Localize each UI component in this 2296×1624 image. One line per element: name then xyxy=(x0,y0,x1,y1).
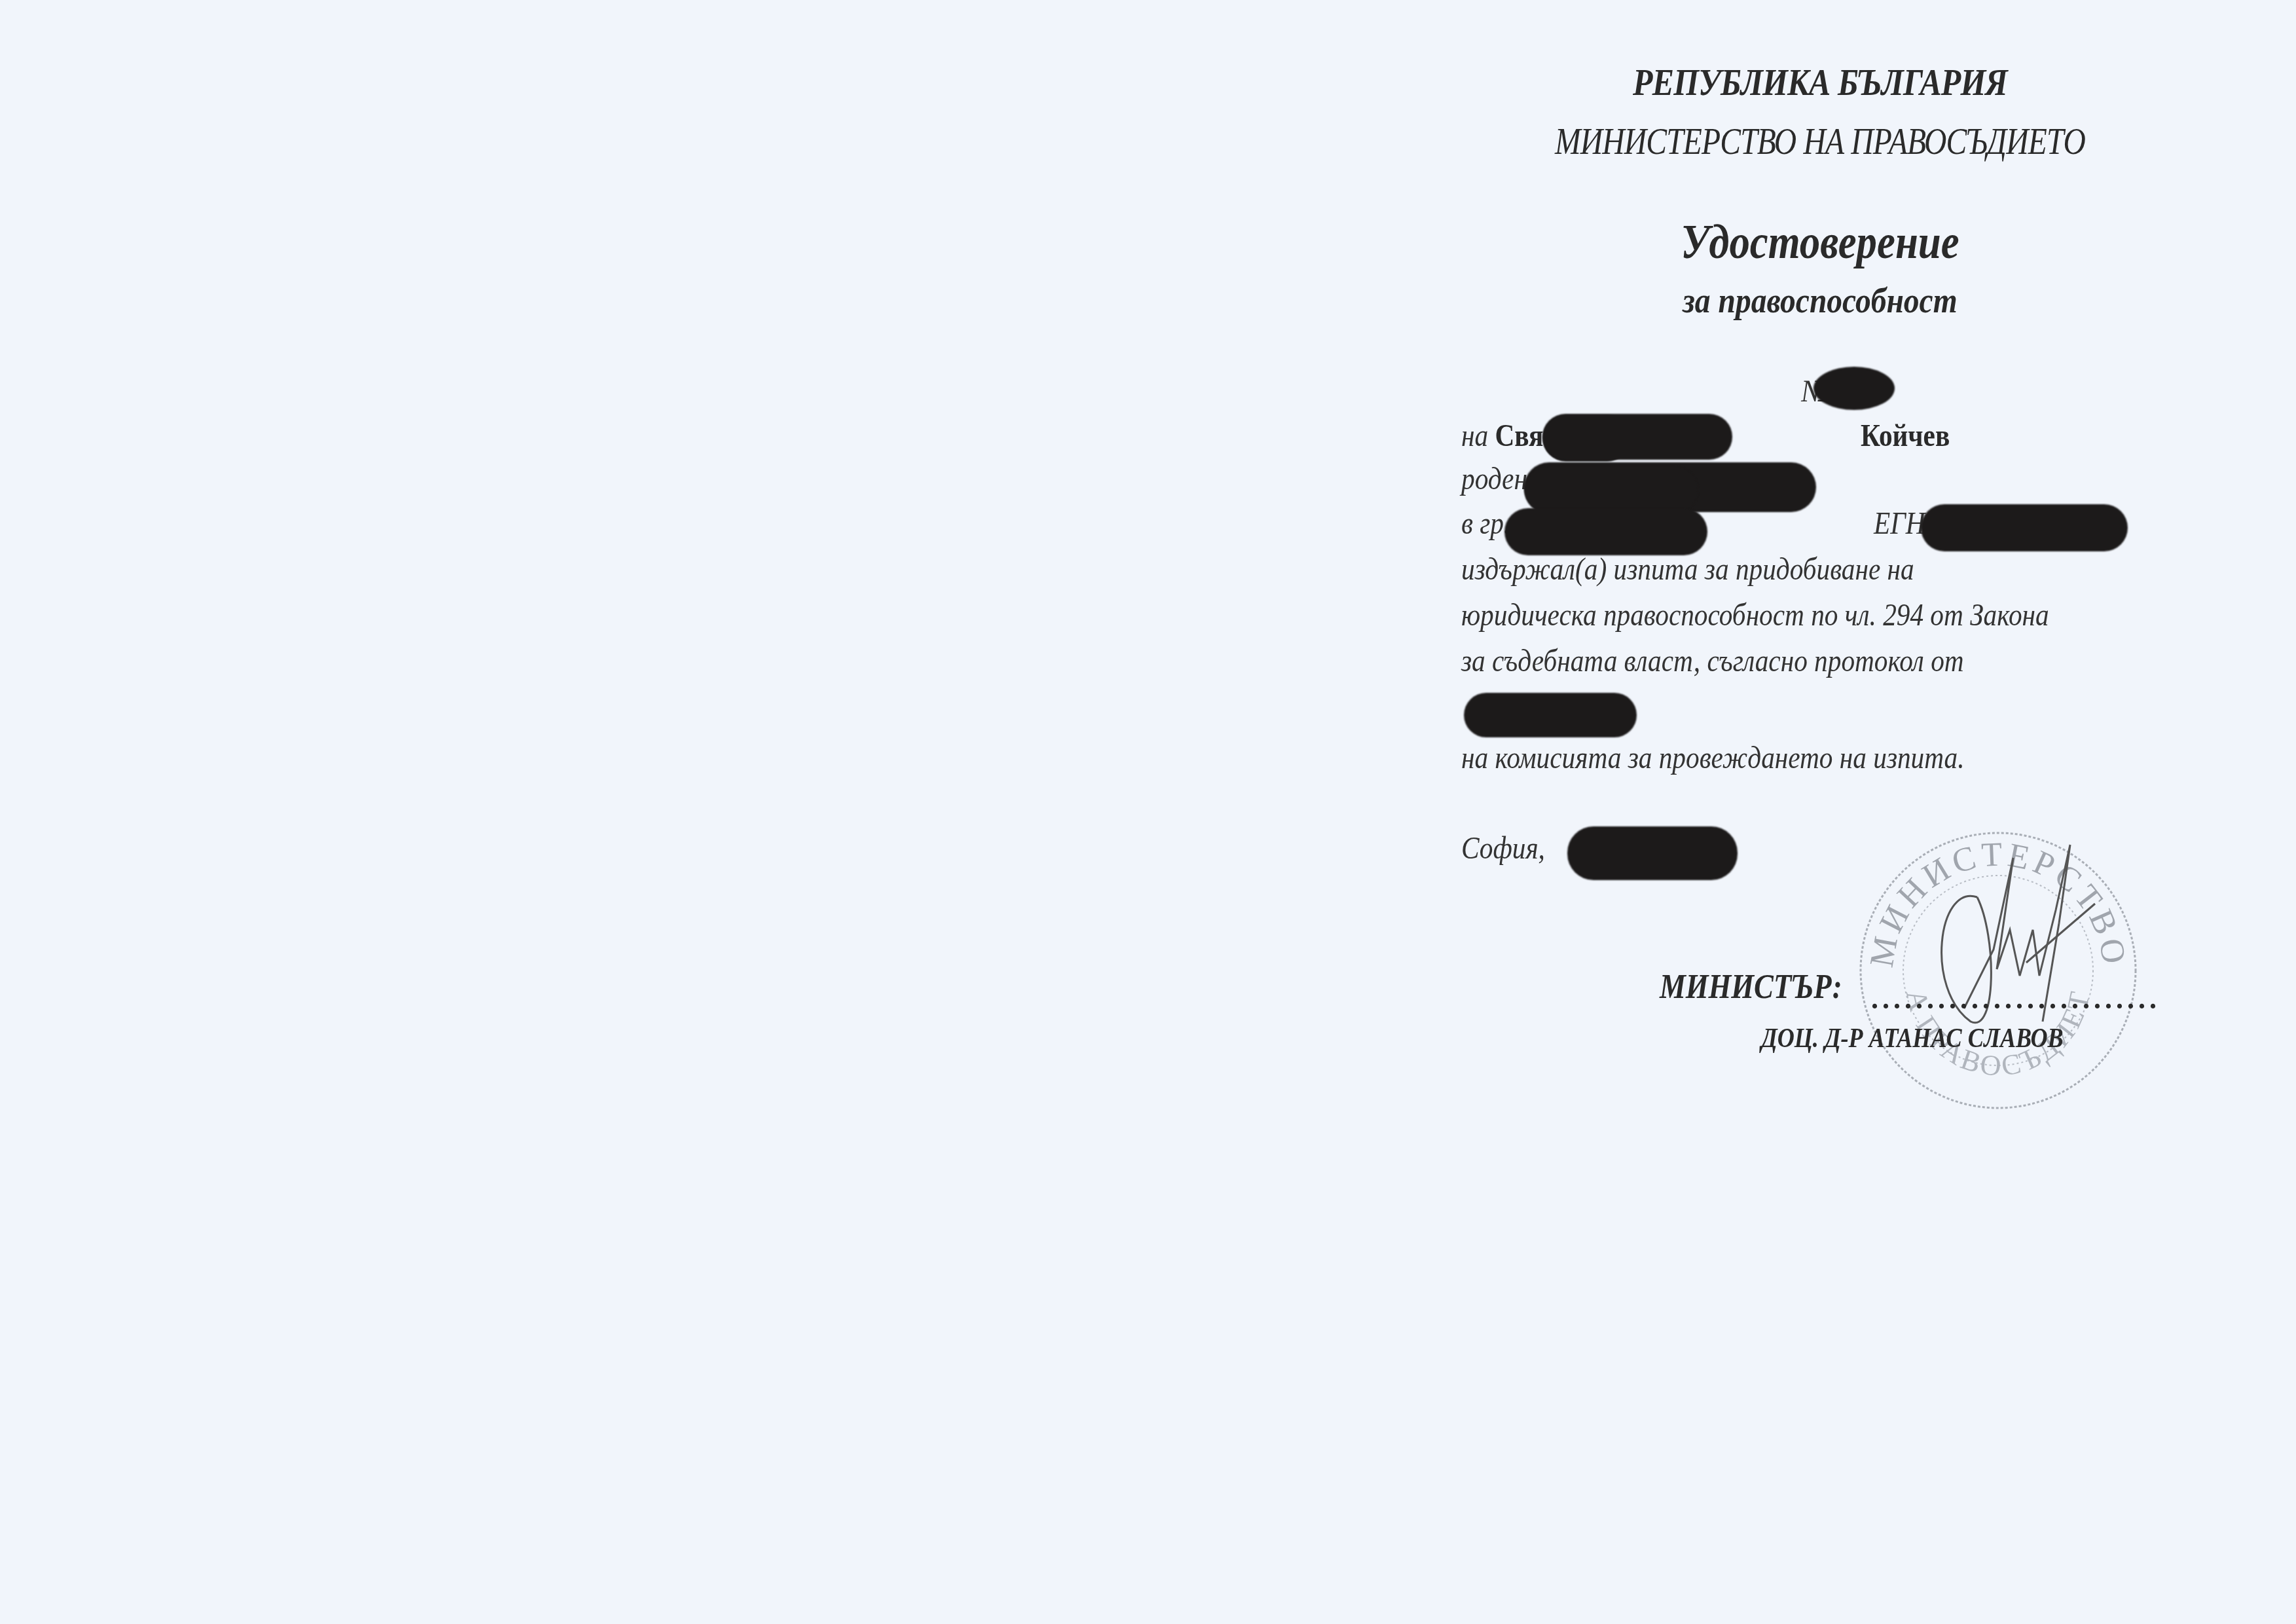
redacted-birth-city xyxy=(1504,508,1707,555)
redacted-middle-name-block xyxy=(1542,414,1732,460)
redacted-birth-date xyxy=(1524,466,1698,513)
place-label: София, xyxy=(1461,830,1545,866)
name-prefix: на xyxy=(1461,418,1488,453)
body-line-3: за съдебната власт, съгласно протокол от xyxy=(1461,643,1964,679)
header-country: РЕПУБЛИКА БЪЛГАРИЯ xyxy=(1633,60,2007,104)
signature-line: .......................... xyxy=(1871,982,2160,1016)
signatory-name: ДОЦ. Д-Р АТАНАС СЛАВОВ xyxy=(1761,1023,2064,1054)
document-subtitle: за правоспособност xyxy=(1683,280,1957,321)
redacted-protocol-date xyxy=(1464,693,1637,737)
redacted-egn xyxy=(1921,504,2128,551)
signatory-title: МИНИСТЪР: xyxy=(1660,968,1842,1006)
redacted-number xyxy=(1813,367,1895,410)
last-name: Койчев xyxy=(1861,418,1950,454)
body-line-1: издържал(а) изпита за придобиване на xyxy=(1461,551,1914,587)
document-title: Удостоверение xyxy=(1681,215,1959,270)
header-ministry: МИНИСТЕРСТВО НА ПРАВОСЪДИЕТО xyxy=(1555,119,2085,163)
commission-line: на комисията за провеждането на изпита. xyxy=(1461,740,1965,776)
body-line-2: юридическа правоспособност по чл. 294 от… xyxy=(1461,597,2049,633)
egn-label: ЕГН xyxy=(1874,506,1925,542)
redacted-issue-date xyxy=(1567,826,1738,880)
